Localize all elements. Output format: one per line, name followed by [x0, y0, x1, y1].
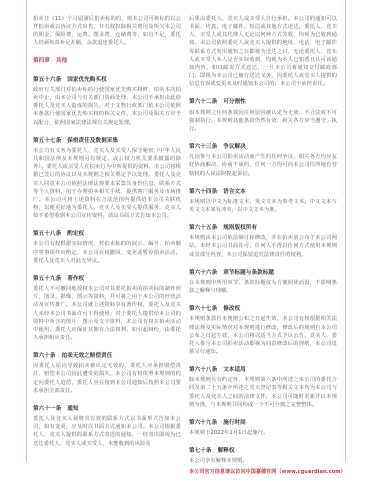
- article-64: 第六十四条语言文本 本规则以中文为标准文本，英文文本为参考文本。中文文本与英文文…: [189, 188, 337, 214]
- article-59: 第五十九条著作权 委托人不可撤回地授权本公司对其委托拍卖的拍卖标的制作照片、图录…: [33, 275, 181, 342]
- article-58: 第五十八条酌定权 本公司有权根据实际情况，对拍卖标的的展示、编号、拍卖顺序等事项…: [33, 230, 181, 265]
- lead-paragraph: 拍卖日（11）个月届满后拍卖标的的，则本公司可将标的以公开拍卖或以协议方式出售，…: [33, 15, 181, 48]
- article-heading: 酌定权: [67, 231, 84, 237]
- article-number: 第七十条: [189, 448, 212, 454]
- article-heading: 章节标题与条款标题: [223, 270, 274, 276]
- article-body: 本公司有权根据实际情况，对拍卖标的的展示、编号、拍卖顺序等事项作出酌定，本公司有…: [33, 240, 181, 264]
- article-body: 委托人及竞买人须将其有效的联系方式以书面形式告知本公司，如有变更，应及时以书面方…: [33, 415, 181, 448]
- article-heading: 通知: [67, 406, 78, 412]
- document-page: 拍卖日（11）个月届满后拍卖标的的，则本公司可将标的以公开拍卖或以协议方式出售，…: [26, 0, 346, 462]
- article-62: 第六十二条可分割性 如本规则之任何条款因任何原因被认定为无效、不合法或不可强制执…: [189, 98, 337, 133]
- article-number: 第六十条: [33, 353, 56, 359]
- article-number: 第五十八条: [33, 231, 61, 237]
- article-body: 因委托人原因导致拍卖被认定无效的，委托人应承担赔偿责任，赔偿本公司因此遭受的损失…: [33, 362, 181, 395]
- article-heading: 著作权: [67, 276, 84, 282]
- article-heading: 解释权: [218, 448, 235, 454]
- article-heading: 国家优先购买权: [67, 77, 107, 83]
- article-body: 委托人不可撤回地授权本公司对其委托拍卖的拍卖标的制作照片、图录、影像、图示等资料…: [33, 285, 181, 342]
- article-title: 第六十七条修改权: [189, 305, 337, 313]
- article-number: 第五十九条: [33, 276, 61, 282]
- article-heading: 争议解决: [223, 144, 246, 150]
- article-title: 第六十五条规则版权所有: [189, 224, 337, 232]
- article-number: 第六十一条: [33, 406, 61, 412]
- right-column: 后果由委托人、竞买人或买受人自行承担。本公司的通知可以书面、传真、电子邮件、短信…: [189, 15, 337, 476]
- chapter-title: 其他: [56, 58, 67, 64]
- article-title: 第五十九条著作权: [33, 275, 181, 283]
- article-body: 政府有关部门对拍卖标的行使国家优先购买权时，拍卖本次拍卖中止，由本公司与有关部门…: [33, 86, 181, 127]
- article-63: 第六十三条争议解决 凡因参与本公司拍卖活动而产生的任何争议，相关各方均应友好协商…: [189, 143, 337, 178]
- article-70: 第七十条解释权 本公司享有解释本规则。: [189, 447, 337, 465]
- article-title: 第六十条拍卖无效之赔偿责任: [33, 352, 181, 360]
- article-title: 第六十六条章节标题与条款标题: [189, 269, 337, 277]
- article-body: 除本规则另有约定外，本规则第六条中所述之本公司的委托合同及第二十五条中所述之竞买…: [189, 376, 337, 409]
- article-65: 第六十五条规则版权所有 本规则由本公司依法制订和修改，并在拍卖前公布于本公司网站…: [189, 224, 337, 259]
- chapter-number: 第四章: [33, 58, 50, 64]
- article-heading: 保密责任及数据采集: [67, 138, 118, 144]
- article-body: 本规则条款自本规则公布之日起生效。本公司有权根据相关法律法规及实际情况对本规则进…: [189, 315, 337, 356]
- article-number: 第六十六条: [189, 270, 217, 276]
- article-number: 第五十六条: [33, 77, 61, 83]
- article-number: 第六十四条: [189, 189, 217, 195]
- article-heading: 施行时间: [223, 420, 246, 426]
- article-title: 第六十九条施行时间: [189, 419, 337, 427]
- chapter-heading: 第四章其他: [33, 57, 181, 65]
- article-body: 本规则于2022年1月1日起施行。: [189, 429, 337, 437]
- article-68: 第六十八条文本适用 除本规则另有约定外，本规则第六条中所述之本公司的委托合同及第…: [189, 366, 337, 409]
- article-56: 第五十六条国家优先购买权 政府有关部门对拍卖标的行使国家优先购买权时，拍卖本次拍…: [33, 76, 181, 127]
- website-notice: 本公司官方信息请以访问中国嘉德官网（www.cguardian.com）: [189, 468, 337, 476]
- article-heading: 可分割性: [223, 99, 246, 105]
- article-title: 第六十三条争议解决: [189, 143, 337, 151]
- article-number: 第六十八条: [189, 367, 217, 373]
- article-title: 第五十八条酌定权: [33, 230, 181, 238]
- article-60: 第六十条拍卖无效之赔偿责任 因委托人原因导致拍卖被认定无效的，委托人应承担赔偿责…: [33, 352, 181, 395]
- article-number: 第六十三条: [189, 144, 217, 150]
- article-title: 第七十条解释权: [189, 447, 337, 455]
- article-number: 第六十七条: [189, 306, 217, 312]
- article-body: 如本规则之任何条款因任何原因被认定为无效、不合法或不可强制执行，本规则其他条款仍…: [189, 109, 337, 133]
- article-title: 第六十二条可分割性: [189, 98, 337, 106]
- article-title: 第五十七条保密责任及数据采集: [33, 137, 181, 145]
- article-body: 本规则以中文为标准文本，英文文本为参考文本。中文文本与英文文本如有冲突，以中文文…: [189, 198, 337, 214]
- article-57: 第五十七条保密责任及数据采集 本公司有义务为委托人、竞买人及买受人保守秘密（中华…: [33, 137, 181, 221]
- article-body: 本公司有义务为委托人、竞买人及买受人保守秘密（中华人民共和国法律及本规则另有规定…: [33, 147, 181, 220]
- article-67: 第六十七条修改权 本规则条款自本规则公布之日起生效。本公司有权根据相关法律法规及…: [189, 305, 337, 356]
- article-body: 凡因参与本公司拍卖活动而产生的任何争议，相关各方均应友好协商解决，协商不成的，任…: [189, 153, 337, 177]
- article-title: 第五十六条国家优先购买权: [33, 76, 181, 84]
- article-heading: 修改权: [223, 306, 240, 312]
- article-body: 本规则由本公司依法制订和修改，并在拍卖前公布于本公司网站。未经本公司书面许可，任…: [189, 234, 337, 258]
- article-title: 第六十一条通知: [33, 405, 181, 413]
- article-number: 第六十二条: [189, 99, 217, 105]
- article-number: 第六十五条: [189, 225, 217, 231]
- article-number: 第五十七条: [33, 138, 61, 144]
- article-heading: 语言文本: [223, 189, 246, 195]
- article-69: 第六十九条施行时间 本规则于2022年1月1日起施行。: [189, 419, 337, 437]
- left-column: 拍卖日（11）个月届满后拍卖标的的，则本公司可将标的以公开拍卖或以协议方式出售，…: [33, 15, 181, 458]
- article-body: 本公司享有解释本规则。: [189, 457, 337, 465]
- article-66: 第六十六条章节标题与条款标题 在本规则中所用章节、条款标题仅为方便阅读而设，不影…: [189, 269, 337, 295]
- article-heading: 拍卖无效之赔偿责任: [62, 353, 113, 359]
- article-number: 第六十九条: [189, 420, 217, 426]
- lead-paragraph: 后果由委托人、竞买人或买受人自行承担。本公司的通知可以书面、传真、电子邮件、短信…: [189, 15, 337, 88]
- article-title: 第六十四条语言文本: [189, 188, 337, 196]
- article-61: 第六十一条通知 委托人及竞买人须将其有效的联系方式以书面形式告知本公司，如有变更…: [33, 405, 181, 448]
- article-body: 在本规则中所用章节、条款标题仅为方便阅读而设，不影响条款之解释与理解。: [189, 279, 337, 295]
- article-heading: 规则版权所有: [223, 225, 257, 231]
- article-heading: 文本适用: [223, 367, 246, 373]
- article-title: 第六十八条文本适用: [189, 366, 337, 374]
